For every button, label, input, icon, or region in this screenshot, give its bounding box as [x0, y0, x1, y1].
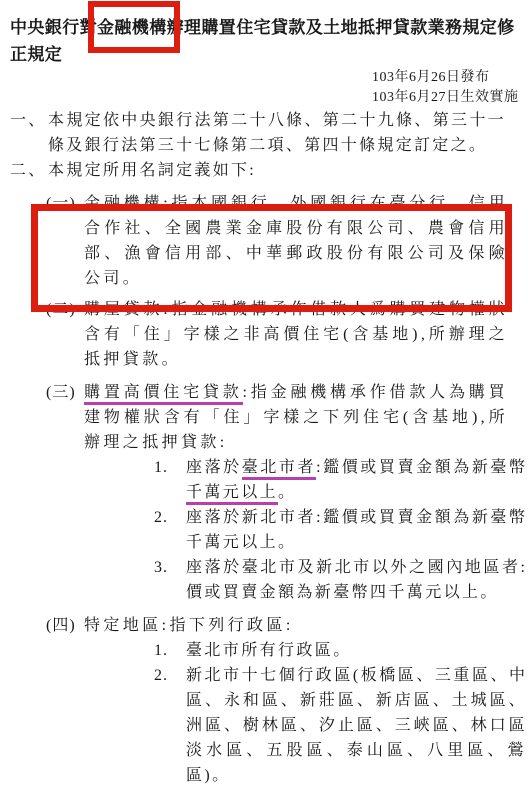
definition-4-main: (四) 特定地區:指下列行政區:	[46, 613, 528, 638]
article-2-text: 本規定所用名詞定義如下:	[48, 158, 506, 183]
definitions-list: (一) 金融機構:指本國銀行、外國銀行在臺分行、信用合作社、全國農業金庫股份有限…	[46, 191, 528, 786]
publish-date: 103年6月26日發布	[372, 68, 528, 88]
definition-3-label: (三)	[46, 380, 84, 405]
underlined-taipei-city: 臺北市者	[242, 459, 316, 480]
subitem-3-1-num: 1.	[154, 455, 186, 480]
article-1-label: 一、	[10, 108, 48, 133]
definition-3-main: (三) 購置高價住宅貸款:指金融機構承作借款人為購買建物權狀含有「住」字樣之下列…	[46, 380, 528, 455]
subitem-3-1-text: 座落於臺北市者:鑑價或買賣金額為新臺幣七千萬元以上。	[186, 455, 528, 505]
subitem-4-2: 2. 新北市十七個行政區(板橋區、三重區、中和區、永和區、新莊區、新店區、土城區…	[154, 663, 528, 786]
subitem-3-1-post: 。	[278, 484, 296, 501]
document-title: 中央銀行對金融機構辦理購置住宅貸款及土地抵押貸款業務規定修正規定	[10, 14, 515, 68]
definition-3-subitems: 1. 座落於臺北市者:鑑價或買賣金額為新臺幣七千萬元以上。 2. 座落於新北市者…	[154, 455, 528, 605]
definition-4: (四) 特定地區:指下列行政區: 1. 臺北市所有行政區。 2. 新北市十七個行…	[46, 613, 528, 786]
subitem-3-2-text: 座落於新北市者:鑑價或買賣金額為新臺幣六千萬元以上。	[186, 505, 528, 555]
document-page: 中央銀行對金融機構辦理購置住宅貸款及土地抵押貸款業務規定修正規定 103年6月2…	[0, 0, 528, 786]
subitem-3-3-text: 座落於臺北市及新北市以外之國內地區者:鑑價或買賣金額為新臺幣四千萬元以上。	[186, 555, 528, 605]
article-1: 一、 本規定依中央銀行法第二十八條、第二十九條、第三十一條及銀行法第三十七條第二…	[10, 108, 528, 158]
date-block: 103年6月26日發布 103年6月27日生效實施	[372, 68, 528, 108]
article-1-text: 本規定依中央銀行法第二十八條、第二十九條、第三十一條及銀行法第三十七條第二項、第…	[48, 108, 506, 158]
subitem-3-1: 1. 座落於臺北市者:鑑價或買賣金額為新臺幣七千萬元以上。	[154, 455, 528, 505]
definition-2: (二) 購屋貸款:指金融機構承作借款人爲購買建物權狀含有「住」字樣之非高價住宅(…	[46, 297, 528, 372]
subitem-3-3-num: 3.	[154, 555, 186, 580]
article-2-label: 二、	[10, 158, 48, 183]
subitem-3-2: 2. 座落於新北市者:鑑價或買賣金額為新臺幣六千萬元以上。	[154, 505, 528, 555]
article-2: 二、 本規定所用名詞定義如下:	[10, 158, 528, 183]
definition-3-text: 購置高價住宅貸款:指金融機構承作借款人為購買建物權狀含有「住」字樣之下列住宅(含…	[84, 380, 508, 455]
underlined-term-high-price-housing-loan: 購置高價住宅貸款	[84, 384, 243, 405]
subitem-4-1-num: 1.	[154, 638, 186, 663]
subitem-3-1-pre: 座落於	[186, 459, 242, 476]
definition-2-label: (二)	[46, 297, 84, 322]
subitem-4-2-num: 2.	[154, 663, 186, 688]
definition-1-label: (一)	[46, 191, 84, 216]
subitem-3-2-num: 2.	[154, 505, 186, 530]
subitem-3-1-mid: :鑑價或買賣金額為新臺幣	[316, 459, 527, 476]
definition-4-label: (四)	[46, 613, 84, 638]
subitem-4-2-text: 新北市十七個行政區(板橋區、三重區、中和區、永和區、新莊區、新店區、土城區、蘆洲…	[186, 663, 528, 786]
definition-2-text: 購屋貸款:指金融機構承作借款人爲購買建物權狀含有「住」字樣之非高價住宅(含基地)…	[84, 297, 508, 372]
definition-4-subitems: 1. 臺北市所有行政區。 2. 新北市十七個行政區(板橋區、三重區、中和區、永和…	[154, 638, 528, 786]
definition-4-text: 特定地區:指下列行政區:	[84, 613, 508, 638]
subitem-3-3: 3. 座落於臺北市及新北市以外之國內地區者:鑑價或買賣金額為新臺幣四千萬元以上。	[154, 555, 528, 605]
definition-1-text: 金融機構:指本國銀行、外國銀行在臺分行、信用合作社、全國農業金庫股份有限公司、農…	[84, 191, 508, 291]
effective-date: 103年6月27日生效實施	[372, 88, 528, 108]
subitem-4-1-text: 臺北市所有行政區。	[186, 638, 528, 663]
subitem-4-1: 1. 臺北市所有行政區。	[154, 638, 528, 663]
definition-1: (一) 金融機構:指本國銀行、外國銀行在臺分行、信用合作社、全國農業金庫股份有限…	[46, 191, 528, 291]
definition-3: (三) 購置高價住宅貸款:指金融機構承作借款人為購買建物權狀含有「住」字樣之下列…	[46, 380, 528, 605]
articles: 一、 本規定依中央銀行法第二十八條、第二十九條、第三十一條及銀行法第三十七條第二…	[10, 108, 528, 786]
